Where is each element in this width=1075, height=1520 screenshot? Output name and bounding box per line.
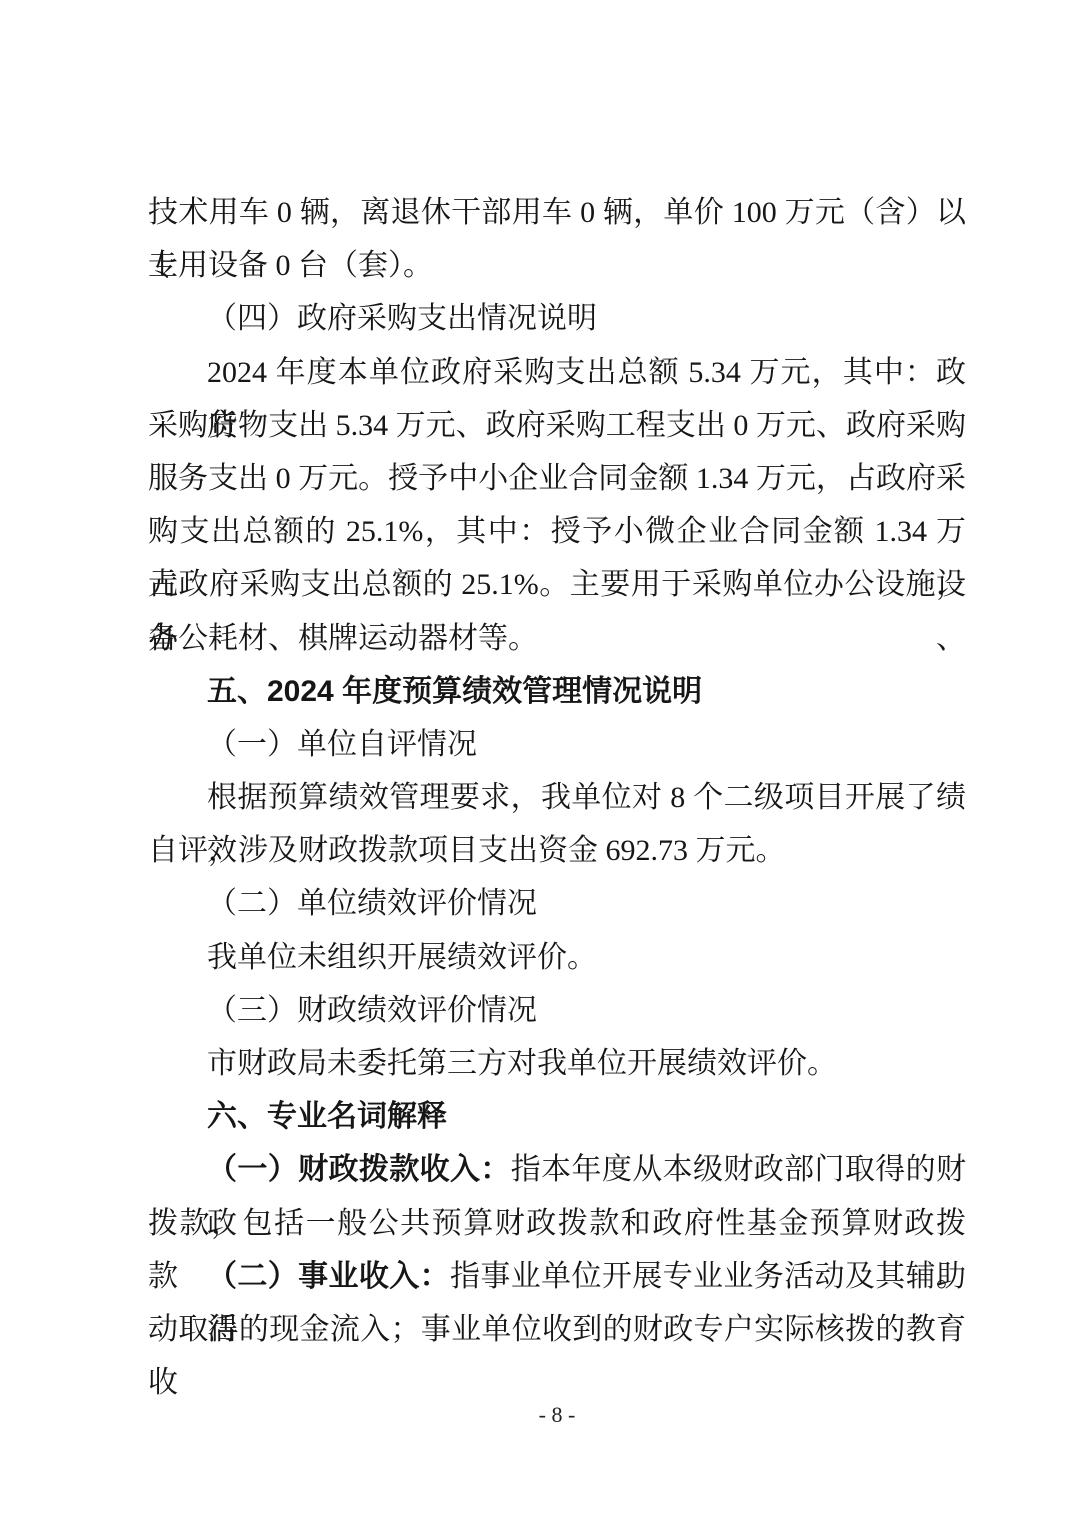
text-line: 动取得的现金流入；事业单位收到的财政专户实际核拨的教育收 [148,1303,966,1356]
definition-term: （一）财政拨款收入： [207,1153,511,1186]
page-number: - 8 - [539,1402,576,1427]
text-line: 根据预算绩效管理要求，我单位对 8 个二级项目开展了绩效 [148,771,966,824]
document-body: 技术用车 0 辆，离退休干部用车 0 辆，单价 100 万元（含）以上专用设备 … [148,186,966,1356]
definition-term: （二）事业收入： [207,1260,450,1293]
text-line: （四）政府采购支出情况说明 [148,292,966,345]
document-page: 技术用车 0 辆，离退休干部用车 0 辆，单价 100 万元（含）以上专用设备 … [0,0,1075,1520]
text-line: （二）单位绩效评价情况 [148,877,966,930]
text-line: 2024 年度本单位政府采购支出总额 5.34 万元，其中：政府 [148,346,966,399]
text-line: 服务支出 0 万元。授予中小企业合同金额 1.34 万元，占政府采 [148,452,966,505]
text-line: 拨款，包括一般公共预算财政拨款和政府性基金预算财政拨款。 [148,1197,966,1250]
text-line: 技术用车 0 辆，离退休干部用车 0 辆，单价 100 万元（含）以上 [148,186,966,239]
text-line: 市财政局未委托第三方对我单位开展绩效评价。 [148,1037,966,1090]
text-line: 购支出总额的 25.1%，其中：授予小微企业合同金额 1.34 万元， [148,505,966,558]
page-footer: - 8 - [148,1402,966,1428]
text-line: （二）事业收入：指事业单位开展专业业务活动及其辅助活 [148,1250,966,1303]
text-line: （一）单位自评情况 [148,718,966,771]
text-line: （三）财政绩效评价情况 [148,984,966,1037]
text-line: 我单位未组织开展绩效评价。 [148,931,966,984]
text-line: 占政府采购支出总额的 25.1%。主要用于采购单位办公设施设备、 [148,558,966,611]
text-line: 自评，涉及财政拨款项目支出资金 692.73 万元。 [148,824,966,877]
text-line: 采购货物支出 5.34 万元、政府采购工程支出 0 万元、政府采购 [148,399,966,452]
section-heading: 六、专业名词解释 [148,1090,966,1143]
text-line: （一）财政拨款收入：指本年度从本级财政部门取得的财政 [148,1143,966,1196]
text-line: 专用设备 0 台（套）。 [148,239,966,292]
section-heading: 五、2024 年度预算绩效管理情况说明 [148,665,966,718]
